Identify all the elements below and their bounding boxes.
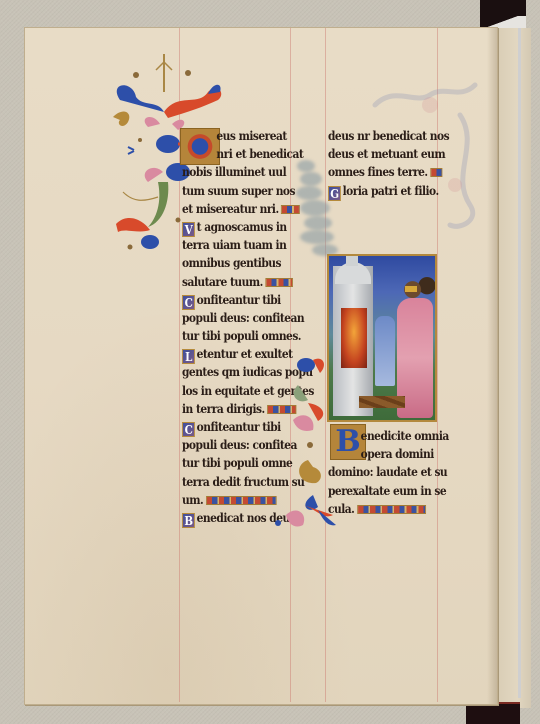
text-line: salutare tuum. (182, 273, 278, 291)
text-line: Letentur et exultet (182, 345, 278, 363)
text-line: Confiteantur tibi (182, 418, 278, 436)
right-text-column-top: deus nr benedicat nos deus et metuant eu… (328, 127, 440, 200)
line-filler (430, 168, 442, 177)
text-line: populi deus: confitean (182, 309, 278, 327)
text-line: perexaltate eum in se (328, 482, 424, 500)
dark-corner-top (480, 0, 526, 30)
text-line: omnes fines terre. (328, 163, 424, 181)
logs-icon (359, 396, 405, 408)
crown-icon (405, 286, 417, 292)
line-filler (206, 496, 277, 505)
text-line: Confiteantur tibi (182, 291, 278, 309)
initial-letter: V (182, 222, 195, 237)
text-line: opera domini (328, 445, 424, 463)
furnace-lantern (346, 256, 358, 266)
text-line: nobis illuminet uul (182, 163, 278, 181)
right-text-column-bottom: enedicite omnia opera domini domino: lau… (328, 427, 440, 518)
fire-icon (341, 308, 367, 368)
initial-letter: L (182, 349, 195, 364)
text-line: omnibus gentibus (182, 254, 278, 272)
underlying-page-edge (496, 28, 531, 708)
text-line: populi deus: confitea (182, 436, 278, 454)
text-line: Gloria patri et filio. (328, 182, 424, 200)
text-line: Benedicat nos deus (182, 509, 278, 527)
text-line: terra uiam tuam in (182, 236, 278, 254)
text-line: nri et benedicat (182, 145, 278, 163)
line-filler (265, 278, 293, 287)
text-line: tur tibi populi omne (182, 454, 278, 472)
initial-letter: B (182, 513, 195, 528)
text-line: terra dedit fructum su (182, 473, 278, 491)
text-line: in terra dirigis. (182, 400, 278, 418)
text-line: Vt agnoscamus in (182, 218, 278, 236)
text-line: cula. (328, 500, 424, 518)
text-line: enedicite omnia (328, 427, 424, 445)
line-filler (281, 205, 300, 214)
text-line: gentes qm iudicas popu (182, 363, 278, 381)
page-edge-line (518, 28, 521, 698)
text-line: los in equitate et gentes (182, 382, 278, 400)
text-line: um. (182, 491, 278, 509)
initial-letter: G (328, 186, 341, 201)
line-filler (357, 505, 426, 514)
miniature-fiery-furnace (327, 254, 437, 422)
text-line: tum suum super nos (182, 182, 278, 200)
text-line: eus misereat (182, 127, 278, 145)
initial-letter: C (182, 295, 195, 310)
text-line: et misereatur nri. (182, 200, 278, 218)
initial-letter: C (182, 422, 195, 437)
text-line: domino: laudate et su (328, 463, 424, 481)
text-line: tur tibi populi omnes. (182, 327, 278, 345)
dark-corner-bottom (466, 702, 520, 724)
text-line: deus et metuant eum (328, 145, 424, 163)
servant-figure (375, 316, 395, 386)
text-line: deus nr benedicat nos (328, 127, 424, 145)
